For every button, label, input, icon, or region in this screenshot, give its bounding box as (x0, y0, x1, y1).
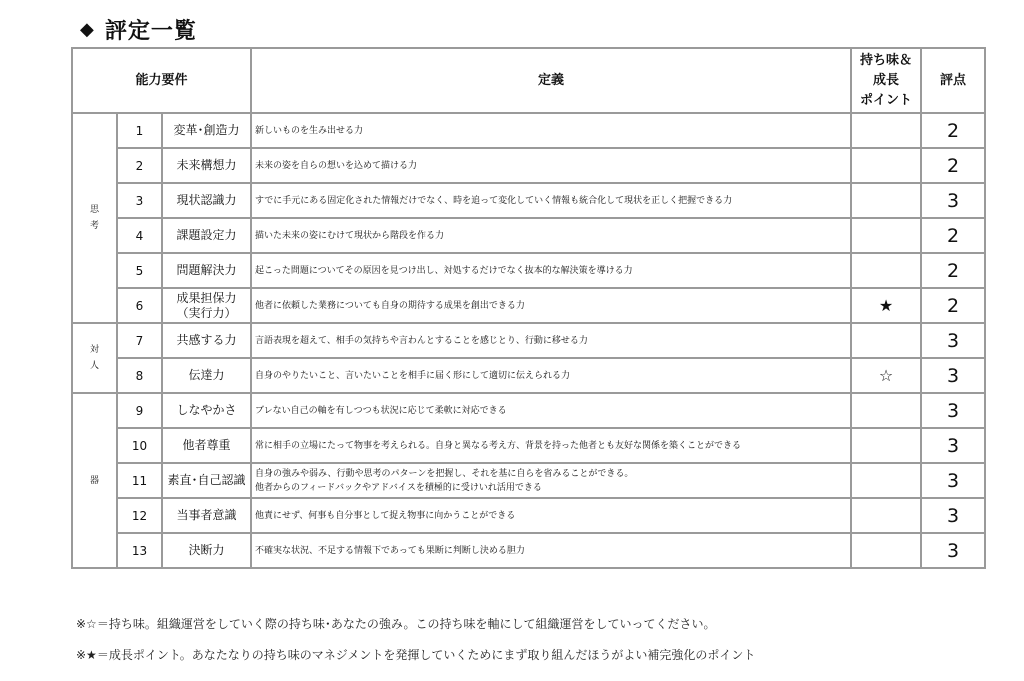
table-row: 6 成果担保力 （実行力） 他者に依頼した業務についても自身の期待する成果を創出… (72, 288, 985, 323)
score-value: 2 (921, 288, 985, 323)
table-row: 8 伝達力 自身のやりたいこと、言いたいことを相手に届く形にして適切に伝えられる… (72, 358, 985, 393)
competency-definition: ブレない自己の軸を有しつつも状況に応じて柔軟に対応できる (251, 393, 851, 428)
row-number: 1 (117, 113, 162, 148)
row-number: 11 (117, 463, 162, 498)
point-mark (851, 533, 921, 568)
table-row: 2 未来構想力 未来の姿を自らの想いを込めて描ける力 2 (72, 148, 985, 183)
competency-name: 共感する力 (162, 323, 251, 358)
row-number: 3 (117, 183, 162, 218)
table-row: 4 課題設定力 描いた未来の姿にむけて現状から階段を作る力 2 (72, 218, 985, 253)
table-row: 11 素直･自己認識 自身の強みや弱み、行動や思考のパターンを把握し、それを基に… (72, 463, 985, 498)
table-header-row: 能力要件 定義 持ち味＆ 成長 ポイント 評点 (72, 48, 985, 113)
category-label: 対 (73, 342, 116, 358)
point-mark (851, 148, 921, 183)
point-mark (851, 218, 921, 253)
table-row: 3 現状認識力 すでに手元にある固定化された情報だけでなく、時を追って変化してい… (72, 183, 985, 218)
definition-line1: 自身の強みや弱み、行動や思考のパターンを把握し、それを基に自らを省みることができ… (255, 467, 850, 481)
point-mark (851, 183, 921, 218)
score-value: 2 (921, 113, 985, 148)
competency-definition: すでに手元にある固定化された情報だけでなく、時を追って変化していく情報も統合化し… (251, 183, 851, 218)
competency-definition: 未来の姿を自らの想いを込めて描ける力 (251, 148, 851, 183)
point-mark (851, 253, 921, 288)
category-capacity: 器 (72, 393, 117, 568)
header-point-line3: ポイント (852, 91, 920, 111)
competency-definition: 他責にせず、何事も自分事として捉え物事に向かうことができる (251, 498, 851, 533)
table-row: 13 決断力 不確実な状況、不足する情報下であっても果断に判断し決める胆力 3 (72, 533, 985, 568)
competency-definition: 言語表現を超えて、相手の気持ちや言わんとすることを感じとり、行動に移せる力 (251, 323, 851, 358)
score-value: 3 (921, 533, 985, 568)
competency-name: 決断力 (162, 533, 251, 568)
competency-name: 素直･自己認識 (162, 463, 251, 498)
row-number: 9 (117, 393, 162, 428)
category-label: 考 (73, 218, 116, 234)
header-point-line1: 持ち味＆ (852, 51, 920, 71)
competency-name: 課題設定力 (162, 218, 251, 253)
score-value: 3 (921, 463, 985, 498)
point-mark (851, 498, 921, 533)
table-row: 思 考 1 変革･創造力 新しいものを生み出せる力 2 (72, 113, 985, 148)
point-mark (851, 323, 921, 358)
competency-name: 現状認識力 (162, 183, 251, 218)
header-score: 評点 (921, 48, 985, 113)
table-row: 器 9 しなやかさ ブレない自己の軸を有しつつも状況に応じて柔軟に対応できる 3 (72, 393, 985, 428)
row-number: 7 (117, 323, 162, 358)
category-label: 人 (73, 358, 116, 374)
score-value: 3 (921, 498, 985, 533)
competency-name: しなやかさ (162, 393, 251, 428)
table-row: 10 他者尊重 常に相手の立場にたって物事を考えられる。自身と異なる考え方、背景… (72, 428, 985, 463)
note-growth-legend: ※★＝成長ポイント。あなたなりの持ち味のマネジメントを発揮していくためにまず取り… (76, 646, 755, 663)
competency-name: 未来構想力 (162, 148, 251, 183)
table-row: 12 当事者意識 他責にせず、何事も自分事として捉え物事に向かうことができる 3 (72, 498, 985, 533)
competency-name-line2: （実行力） (163, 306, 250, 321)
diamond-icon: ◆ (80, 19, 95, 40)
row-number: 13 (117, 533, 162, 568)
category-thinking: 思 考 (72, 113, 117, 323)
competency-definition: 不確実な状況、不足する情報下であっても果断に判断し決める胆力 (251, 533, 851, 568)
page-title: ◆ 評定一覧 (80, 14, 197, 45)
row-number: 8 (117, 358, 162, 393)
header-point-line2: 成長 (852, 71, 920, 91)
score-value: 3 (921, 358, 985, 393)
category-interpersonal: 対 人 (72, 323, 117, 393)
page-title-text: 評定一覧 (105, 14, 197, 45)
competency-name: 成果担保力 （実行力） (162, 288, 251, 323)
competency-definition: 新しいものを生み出せる力 (251, 113, 851, 148)
table-row: 5 問題解決力 起こった問題についてその原因を見つけ出し、対処するだけでなく抜本… (72, 253, 985, 288)
score-value: 3 (921, 428, 985, 463)
score-value: 3 (921, 183, 985, 218)
competency-name: 伝達力 (162, 358, 251, 393)
competency-name: 他者尊重 (162, 428, 251, 463)
score-value: 2 (921, 218, 985, 253)
header-point: 持ち味＆ 成長 ポイント (851, 48, 921, 113)
point-mark (851, 393, 921, 428)
point-mark (851, 113, 921, 148)
competency-definition: 起こった問題についてその原因を見つけ出し、対処するだけでなく抜本的な解決策を導け… (251, 253, 851, 288)
point-mark (851, 463, 921, 498)
competency-definition: 自身の強みや弱み、行動や思考のパターンを把握し、それを基に自らを省みることができ… (251, 463, 851, 498)
competency-name: 問題解決力 (162, 253, 251, 288)
score-value: 2 (921, 253, 985, 288)
note-strength-legend: ※☆＝持ち味。組織運営をしていく際の持ち味･あなたの強み。この持ち味を軸にして組… (76, 615, 716, 632)
header-definition: 定義 (251, 48, 851, 113)
competency-definition: 自身のやりたいこと、言いたいことを相手に届く形にして適切に伝えられる力 (251, 358, 851, 393)
growth-point-star-icon: ★ (851, 288, 921, 323)
category-label: 器 (73, 473, 116, 489)
strength-star-outline-icon: ☆ (851, 358, 921, 393)
competency-name-line1: 成果担保力 (163, 291, 250, 306)
evaluation-table: 能力要件 定義 持ち味＆ 成長 ポイント 評点 思 考 1 変革･創造力 新しい… (71, 47, 986, 569)
competency-definition: 描いた未来の姿にむけて現状から階段を作る力 (251, 218, 851, 253)
competency-definition: 他者に依頼した業務についても自身の期待する成果を創出できる力 (251, 288, 851, 323)
table-row: 対 人 7 共感する力 言語表現を超えて、相手の気持ちや言わんとすることを感じと… (72, 323, 985, 358)
competency-definition: 常に相手の立場にたって物事を考えられる。自身と異なる考え方、背景を持った他者とも… (251, 428, 851, 463)
row-number: 4 (117, 218, 162, 253)
header-requirement: 能力要件 (72, 48, 251, 113)
row-number: 5 (117, 253, 162, 288)
row-number: 2 (117, 148, 162, 183)
score-value: 3 (921, 393, 985, 428)
row-number: 12 (117, 498, 162, 533)
score-value: 3 (921, 323, 985, 358)
row-number: 6 (117, 288, 162, 323)
row-number: 10 (117, 428, 162, 463)
definition-line2: 他者からのフィードバックやアドバイスを積極的に受けいれ活用できる (255, 481, 850, 495)
competency-name: 当事者意識 (162, 498, 251, 533)
competency-name: 変革･創造力 (162, 113, 251, 148)
category-label: 思 (73, 202, 116, 218)
score-value: 2 (921, 148, 985, 183)
point-mark (851, 428, 921, 463)
